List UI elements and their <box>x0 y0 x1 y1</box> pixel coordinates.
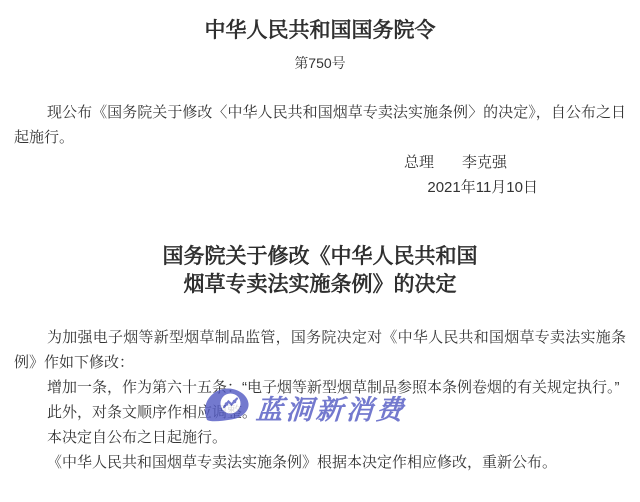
decree-date: 2021年11月10日 <box>14 175 626 200</box>
signature-line: 总理李克强 <box>14 150 626 175</box>
decree-body: 现公布《国务院关于修改〈中华人民共和国烟草专卖法实施条例〉的决定》，自公布之日起… <box>14 100 626 200</box>
document-page: 中华人民共和国国务院令 第750号 现公布《国务院关于修改〈中华人民共和国烟草专… <box>0 18 640 475</box>
decree-paragraph: 现公布《国务院关于修改〈中华人民共和国烟草专卖法实施条例〉的决定》，自公布之日起… <box>14 100 626 150</box>
signer-title: 总理 <box>404 154 434 171</box>
decree-number: 第750号 <box>14 54 626 72</box>
decision-paragraph: 增加一条，作为第六十五条：“电子烟等新型烟草制品参照本条例卷烟的有关规定执行。” <box>14 375 626 400</box>
decision-title-line2: 烟草专卖法实施条例》的决定 <box>184 273 457 296</box>
decision-paragraph: 本决定自公布之日起施行。 <box>14 425 626 450</box>
decree-title: 中华人民共和国国务院令 <box>14 18 626 44</box>
signer-name: 李克强 <box>462 154 507 171</box>
decision-title-line1: 国务院关于修改《中华人民共和国 <box>163 245 478 268</box>
decision-body: 为加强电子烟等新型烟草制品监管，国务院决定对《中华人民共和国烟草专卖法实施条例》… <box>14 325 626 475</box>
decision-paragraph: 为加强电子烟等新型烟草制品监管，国务院决定对《中华人民共和国烟草专卖法实施条例》… <box>14 325 626 375</box>
decision-title: 国务院关于修改《中华人民共和国 烟草专卖法实施条例》的决定 <box>14 243 626 299</box>
decision-paragraph: 《中华人民共和国烟草专卖法实施条例》根据本决定作相应修改，重新公布。 <box>14 450 626 475</box>
decision-paragraph: 此外，对条文顺序作相应调整。 <box>14 400 626 425</box>
